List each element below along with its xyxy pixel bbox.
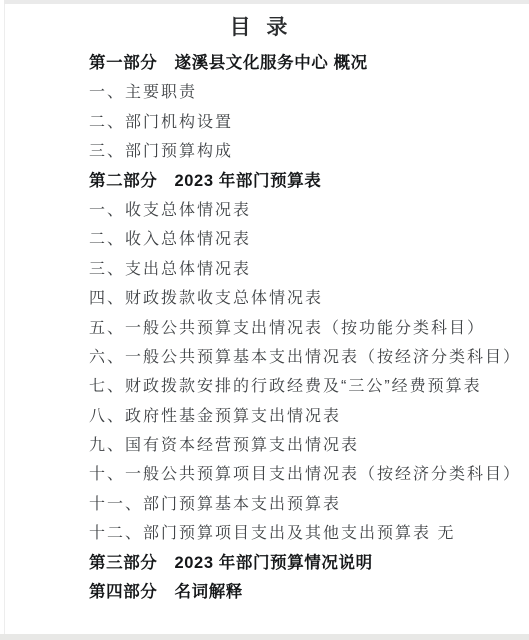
toc-section-header: 第二部分 2023 年部门预算表 [89,167,529,196]
toc-section-header: 第三部分 2023 年部门预算情况说明 [89,549,529,578]
toc-list: 第一部分 遂溪县文化服务中心 概况一、主要职责二、部门机构设置三、部门预算构成第… [89,49,529,607]
toc-item: 四、财政拨款收支总体情况表 [89,284,529,313]
page-title: 目 录 [89,15,429,41]
toc-section-header: 第四部分 名词解释 [89,578,529,607]
page-edge-top [4,0,529,4]
toc-item: 一、收支总体情况表 [89,196,529,225]
toc-item: 五、一般公共预算支出情况表（按功能分类科目） [89,314,529,343]
toc-item: 九、国有资本经营预算支出情况表 [89,431,529,460]
page-edge-bottom [0,634,529,640]
toc-item: 十、一般公共预算项目支出情况表（按经济分类科目） [89,460,529,489]
toc-section-header: 第一部分 遂溪县文化服务中心 概况 [89,49,529,78]
toc-item: 六、一般公共预算基本支出情况表（按经济分类科目） [89,343,529,372]
toc-item: 二、收入总体情况表 [89,225,529,254]
toc-item: 三、支出总体情况表 [89,255,529,284]
toc-item: 十一、部门预算基本支出预算表 [89,490,529,519]
toc-item: 一、主要职责 [89,78,529,107]
toc-item: 十二、部门预算项目支出及其他支出预算表 无 [89,519,529,548]
page-edge-left [4,4,5,634]
toc-item: 八、政府性基金预算支出情况表 [89,402,529,431]
toc-item: 三、部门预算构成 [89,137,529,166]
document-page: 目 录 第一部分 遂溪县文化服务中心 概况一、主要职责二、部门机构设置三、部门预… [0,0,529,640]
toc-item: 七、财政拨款安排的行政经费及“三公”经费预算表 [89,372,529,401]
toc-item: 二、部门机构设置 [89,108,529,137]
